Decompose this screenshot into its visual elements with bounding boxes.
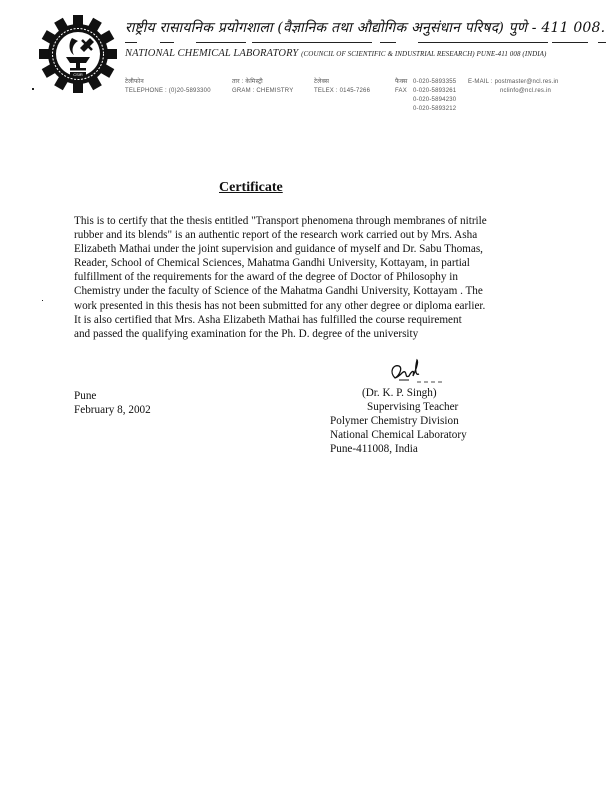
body-line: work presented in this thesis has not be… — [74, 299, 604, 313]
fax-number: 0-020-5893261 — [413, 87, 456, 96]
scan-artifact-dot — [42, 300, 43, 301]
contact-fax-label: फैक्स FAX — [395, 78, 408, 96]
letterhead-rule-segment — [125, 42, 137, 43]
body-line: Elizabeth Mathai under the joint supervi… — [74, 242, 604, 256]
contact-fax-numbers: 0-020-5893355 0-020-5893261 0-020-589423… — [413, 78, 456, 114]
letterhead-rule-segment — [380, 42, 396, 43]
contact-gram: तार : केमिस्ट्री GRAM : CHEMISTRY — [232, 78, 293, 96]
body-line: rubber and its blends" is an authentic r… — [74, 228, 604, 242]
date: February 8, 2002 — [74, 403, 151, 417]
body-line: fulfillment of the requirements for the … — [74, 270, 604, 284]
certificate-page: CSIR राष्ट्रीय रासायनिक प्रयोगशाला (वैज्… — [0, 0, 616, 797]
body-line: and passed the qualifying examination fo… — [74, 327, 604, 341]
letterhead-rule-segment — [252, 42, 372, 43]
lab-name: NATIONAL CHEMICAL LABORATORY — [125, 48, 298, 59]
place: Pune — [74, 389, 151, 403]
csir-gear-emblem-icon: CSIR — [38, 14, 118, 94]
certificate-heading: Certificate — [219, 180, 283, 196]
fax-number: 0-020-5894230 — [413, 96, 456, 105]
letterhead-rule-segment — [196, 42, 246, 43]
letterhead-english-title: NATIONAL CHEMICAL LABORATORY (COUNCIL OF… — [125, 48, 546, 59]
place-and-date: Pune February 8, 2002 — [74, 389, 151, 417]
signatory-name: (Dr. K. P. Singh) — [362, 386, 437, 400]
body-line: Reader, School of Chemical Sciences, Mah… — [74, 256, 604, 270]
body-line: It is also certified that Mrs. Asha Eliz… — [74, 313, 604, 327]
signatory-address: Pune-411008, India — [330, 442, 418, 456]
fax-number: 0-020-5893355 — [413, 78, 456, 87]
scan-artifact-dot — [32, 88, 34, 90]
certificate-body: This is to certify that the thesis entit… — [74, 214, 604, 341]
contact-email: E-MAIL : postmaster@ncl.res.in nclinfo@n… — [468, 78, 559, 96]
svg-text:CSIR: CSIR — [73, 72, 83, 77]
lab-affiliation: (COUNCIL OF SCIENTIFIC & INDUSTRIAL RESE… — [301, 50, 546, 58]
letterhead-hindi-title: राष्ट्रीय रासायनिक प्रयोगशाला (वैज्ञानिक… — [125, 18, 605, 37]
letterhead-rule-segment — [598, 42, 606, 43]
body-line: Chemistry under the faculty of Science o… — [74, 284, 604, 298]
signatory-division: Polymer Chemistry Division — [330, 414, 459, 428]
body-line: This is to certify that the thesis entit… — [74, 214, 604, 228]
fax-number: 0-020-5893212 — [413, 105, 456, 114]
contact-telex: टेलेक्स TELEX : 0145-7266 — [314, 78, 370, 96]
letterhead-rule-segment — [552, 42, 588, 43]
signatory-organization: National Chemical Laboratory — [330, 428, 467, 442]
letterhead-rule-segment — [418, 42, 548, 43]
letterhead-rule-segment — [160, 42, 174, 43]
contact-telephone: टेलीफोन TELEPHONE : (0)20-5893300 — [125, 78, 211, 96]
signatory-title: Supervising Teacher — [367, 400, 458, 414]
